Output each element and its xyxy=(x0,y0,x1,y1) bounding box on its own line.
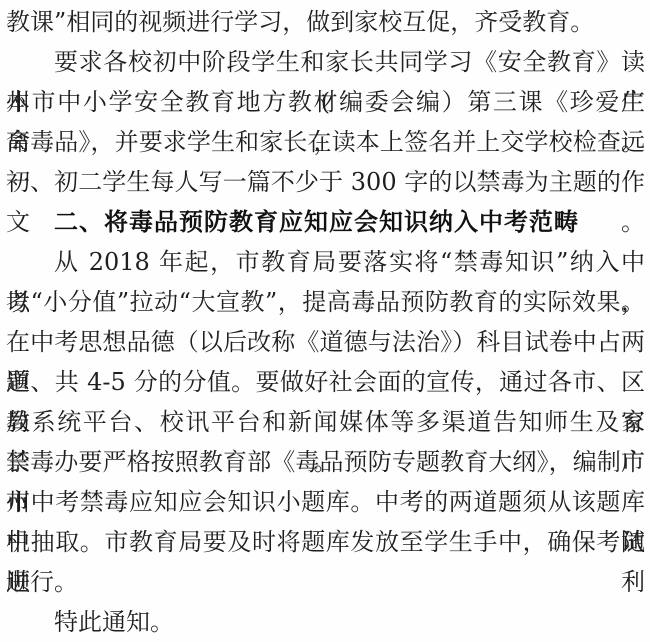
text-line: 一、初二学生每人写一篇不少于 300 字的以禁毒为主题的作文。 xyxy=(6,162,645,202)
text-line: 从 2018 年起，市教育局要落实将“禁毒知识”纳入中考， xyxy=(6,242,645,282)
closing-phrase: 特此通知。 xyxy=(6,602,645,642)
document-page: 教课”相同的视频进行学习，做到家校互促，齐受教育。 要求各校初中阶段学生和家长共… xyxy=(0,0,650,642)
text-line: 教课”相同的视频进行学习，做到家校互促，齐受教育。 xyxy=(6,2,645,42)
text-line: 在中考思想品德（以后改称《道德与法治》）科目试卷中占两道 xyxy=(6,322,645,362)
text-line: 离毒品》，并要求学生和家长在读本上签名并上交学校检查。初 xyxy=(6,122,645,162)
text-line: 以“小分值”拉动“大宣教”，提高毒品预防教育的实际效果。 xyxy=(6,282,645,322)
section-heading: 二、将毒品预防教育应知应会知识纳入中考范畴 xyxy=(6,202,645,242)
text-line: 州市中小学安全教育地方教材编委会编）第三课《珍爱生命，远 xyxy=(6,82,645,122)
text-line: 局系统平台、校讯平台和新闻媒体等多渠道告知师生及家长。市 xyxy=(6,402,645,442)
text-line: 禁毒办要严格按照教育部《毒品预防专题教育大纲》，编制广州 xyxy=(6,442,645,482)
text-line: 市中考禁毒应知应会知识小题库。中考的两道题须从该题库中随 xyxy=(6,482,645,522)
text-line: 题、共 4-5 分的分值。要做好社会面的宣传，通过各市、区教育 xyxy=(6,362,645,402)
text-line: 机抽取。市教育局要及时将题库发放至学生手中，确保考试顺利 xyxy=(6,522,645,562)
text-line: 要求各校初中阶段学生和家长共同学习《安全教育》读本(广 xyxy=(6,42,645,82)
